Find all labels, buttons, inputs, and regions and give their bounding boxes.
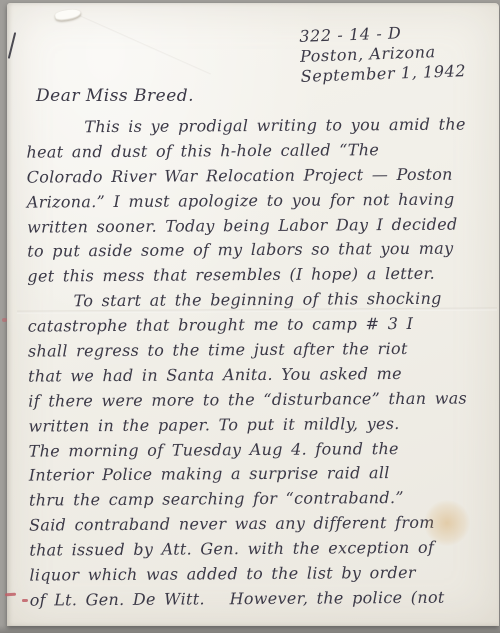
handwritten-line: that issued by Att. Gen. with the except… <box>29 536 485 564</box>
letter-salutation: Dear Miss Breed. <box>36 86 194 106</box>
handwritten-line: to put aside some of my labors so that y… <box>27 237 483 265</box>
handwritten-line: shall regress to the time just after the… <box>28 336 484 364</box>
handwritten-line: liquor which was added to the list by or… <box>29 560 485 588</box>
red-pencil-mark <box>2 318 7 322</box>
red-pencil-mark <box>22 599 28 602</box>
scan-edge-shadow <box>0 625 500 633</box>
handwritten-line: Interior Police making a surprise raid a… <box>29 461 485 489</box>
handwritten-line: Colorado River War Relocation Project — … <box>27 162 483 190</box>
letter-header: 322 - 14 - D Poston, Arizona September 1… <box>299 21 466 87</box>
handwritten-line: heat and dust of this h-hole called “The <box>26 137 482 165</box>
handwritten-line: if there were more to the “disturbance” … <box>28 386 484 414</box>
handwritten-line: catastrophe that brought me to camp # 3 … <box>28 312 484 340</box>
handwritten-line: thru the camp searching for “contraband.… <box>29 486 485 514</box>
handwritten-line: The morning of Tuesday Aug 4. found the <box>29 436 485 464</box>
scan-background: 322 - 14 - D Poston, Arizona September 1… <box>0 0 500 633</box>
handwritten-line: of Lt. Gen. De Witt. However, the police… <box>30 585 486 613</box>
handwritten-line: To start at the beginning of this shocki… <box>27 287 483 315</box>
handwritten-line: written sooner. Today being Labor Day I … <box>27 212 483 240</box>
paper-crease-diagonal <box>73 13 211 76</box>
handwritten-line: written in the paper. To put it mildly, … <box>28 411 484 439</box>
handwritten-line: that we had in Santa Anita. You asked me <box>28 361 484 389</box>
letter-body: This is ye prodigal writing to you amid … <box>26 112 485 613</box>
handwritten-line: Arizona.” I must apologize to you for no… <box>27 187 483 215</box>
handwritten-line: get this mess that resembles (I hope) a … <box>27 262 483 290</box>
handwritten-line: This is ye prodigal writing to you amid … <box>26 112 482 140</box>
handwritten-line: Said contraband never was any different … <box>29 511 485 539</box>
